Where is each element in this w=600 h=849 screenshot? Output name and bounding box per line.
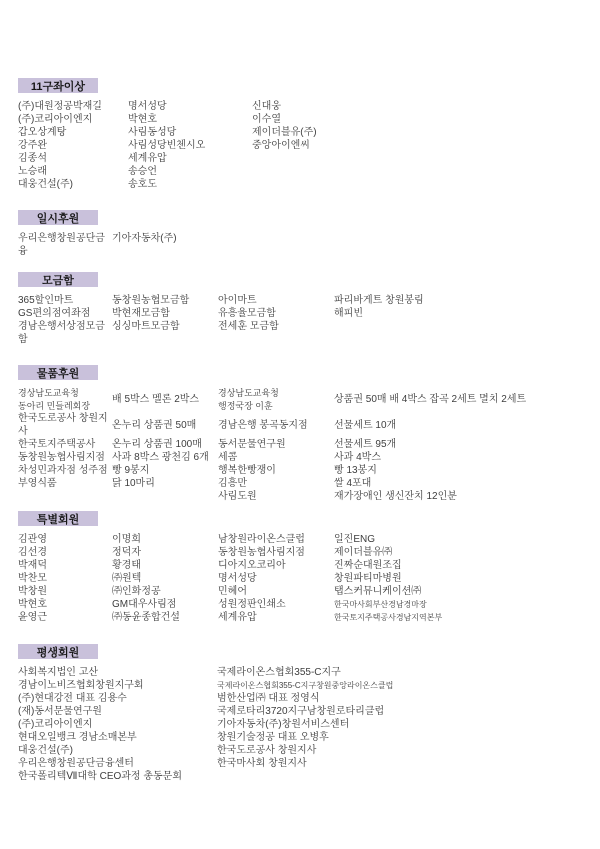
- donor-name: 사림동성당: [128, 126, 252, 139]
- donor-column: 365할인마트GS편의점여좌점경남은행서상점모금함: [18, 294, 112, 346]
- donor-name: 사림성당빈첸시오: [128, 139, 252, 152]
- donor-list-page: 11구좌이상 (주)대원정공박재길(주)코리아이엔지갑오상계탕강주완김종석노승래…: [0, 0, 600, 783]
- donor-name: 기아자동차(주)창원서비스센터: [217, 718, 393, 731]
- donor-name: (재)동서문물연구원: [18, 705, 217, 718]
- donor-column: 기아자동차(주): [112, 232, 177, 245]
- donor-name: 박창원: [18, 585, 112, 598]
- goods-cell: 한국토지주택공사: [18, 438, 112, 451]
- donor-name: 진짜순대원조집: [334, 559, 442, 572]
- section-title: 11구좌이상: [31, 78, 85, 94]
- section-lifetime-members: 평생회원 사회복지법인 고산경남이노비즈협회창원지구회(주)현대강전 대표 김용…: [18, 644, 590, 783]
- donor-name: 파리바게트 창원봉림: [334, 294, 424, 307]
- donor-name: 한국마사회 창원지사: [217, 757, 393, 770]
- donor-name: 경남이노비즈협회창원지구회: [18, 679, 217, 692]
- donor-name: 정덕자: [112, 546, 218, 559]
- section-title-bar: 모금함: [18, 272, 98, 287]
- donor-name: 우리은행창원공단금융센터: [18, 757, 217, 770]
- donor-name: (주)대원정공박재길: [18, 100, 128, 113]
- donor-name: 박현재모금함: [112, 307, 218, 320]
- donor-name: 현대오일뱅크 경남소매본부: [18, 731, 217, 744]
- donor-name: ㈜동윤종합건설: [112, 611, 218, 624]
- donor-name: 갑오상계탕: [18, 126, 128, 139]
- goods-cell: 배 5박스 멜론 2박스: [112, 393, 218, 406]
- donor-name: 김관영: [18, 533, 112, 546]
- donor-column: 우리은행창원공단금융: [18, 232, 112, 258]
- donor-name: ㈜원텍: [112, 572, 218, 585]
- goods-cell: 행복한빵쟁이: [218, 464, 334, 477]
- donor-name: 남창원라이온스클럽: [218, 533, 334, 546]
- donor-name: (주)코리아이엔지: [18, 718, 217, 731]
- goods-table: 경상남도교육청 동아리 민들레회장배 5박스 멜론 2박스경상남도교육청 행정국…: [18, 387, 590, 503]
- donor-name: (주)현대강전 대표 김용수: [18, 692, 217, 705]
- donor-column: 일진ENG제이더블유㈜진짜순대원조집창원파티마병원탭스커뮤니케이션㈜한국마사회부…: [334, 533, 442, 624]
- donor-name: 국제라이온스협회355-C지구: [217, 666, 393, 679]
- goods-cell: 선물세트 95개: [334, 438, 590, 451]
- donor-name: 대웅건설(주): [18, 178, 128, 191]
- section-donation-boxes: 모금함 365할인마트GS편의점여좌점경남은행서상점모금함동창원농협모금함박현재…: [18, 272, 590, 346]
- donor-name: 박재덕: [18, 559, 112, 572]
- donor-column: 이명희정덕자황경태㈜원텍㈜인화정공GM대우사림점㈜동윤종합건설: [112, 533, 218, 624]
- donor-name: 윤영근: [18, 611, 112, 624]
- donor-columns: 우리은행창원공단금융기아자동차(주): [18, 232, 590, 258]
- donor-name: 송승언: [128, 165, 252, 178]
- goods-cell: 온누리 상품권 50매: [112, 419, 218, 432]
- goods-cell: 차성민과자점 성주점: [18, 464, 112, 477]
- donor-columns: 김관영김선경박재덕박찬모박창원박현호윤영근이명희정덕자황경태㈜원텍㈜인화정공GM…: [18, 533, 590, 624]
- donor-name: 국제라이온스협회355-C지구창원중앙라이온스클럽: [217, 679, 393, 692]
- goods-cell: 경상남도교육청 동아리 민들레회장: [18, 387, 112, 412]
- donor-name: 제이더블유㈜: [334, 546, 442, 559]
- donor-name: 기아자동차(주): [112, 232, 177, 245]
- goods-cell: 김흥만: [218, 477, 334, 490]
- donor-name: 성원정판인쇄소: [218, 598, 334, 611]
- donor-name: 동창원농협모금함: [112, 294, 218, 307]
- donor-name: 노승래: [18, 165, 128, 178]
- goods-cell: 재가장애인 생신잔치 12인분: [334, 490, 590, 503]
- donor-column: 동창원농협모금함박현재모금함싱싱마트모금함: [112, 294, 218, 333]
- section-title-bar: 물품후원: [18, 365, 98, 380]
- donor-name: 이명희: [112, 533, 218, 546]
- donor-columns: 365할인마트GS편의점여좌점경남은행서상점모금함동창원농협모금함박현재모금함싱…: [18, 294, 590, 346]
- donor-name: 범한산업㈜ 대표 정영식: [217, 692, 393, 705]
- donor-name: 황경태: [112, 559, 218, 572]
- donor-name: 유흥율모금함: [218, 307, 334, 320]
- section-one-time-sponsors: 일시후원 우리은행창원공단금융기아자동차(주): [18, 210, 590, 258]
- donor-name: 한국폴리텍Ⅶ대학 CEO과정 총동문회: [18, 770, 217, 783]
- donor-name: 한국토지주택공사경남지역본부: [334, 611, 442, 624]
- donor-name: 박찬모: [18, 572, 112, 585]
- donor-name: 신대웅: [252, 100, 317, 113]
- donor-name: 한국도로공사 창원지사: [217, 744, 393, 757]
- goods-cell: 경남은행 봉곡동지점: [218, 419, 334, 432]
- donor-name: 김선경: [18, 546, 112, 559]
- donor-column: 파리바게트 창원봉림해피빈: [334, 294, 424, 320]
- goods-cell: 동서문물연구원: [218, 438, 334, 451]
- donor-name: 송호도: [128, 178, 252, 191]
- donor-name: 박현호: [128, 113, 252, 126]
- donor-name: 경남은행서상점모금함: [18, 320, 112, 346]
- donor-name: 동창원농협사림지점: [218, 546, 334, 559]
- donor-name: 세계유압: [218, 611, 334, 624]
- donor-name: 세계유압: [128, 152, 252, 165]
- section-title-bar: 일시후원: [18, 210, 98, 225]
- donor-name: 한국마사회부산경남경마장: [334, 598, 442, 611]
- donor-name: 대웅건설(주): [18, 744, 217, 757]
- donor-name: 탭스커뮤니케이션㈜: [334, 585, 442, 598]
- donor-column: 사회복지법인 고산경남이노비즈협회창원지구회(주)현대강전 대표 김용수(재)동…: [18, 666, 217, 783]
- donor-name: 아이마트: [218, 294, 334, 307]
- section-special-members: 특별회원 김관영김선경박재덕박찬모박창원박현호윤영근이명희정덕자황경태㈜원텍㈜인…: [18, 511, 590, 624]
- donor-name: 디아지오코리아: [218, 559, 334, 572]
- goods-cell: 사과 8박스 광천김 6개: [112, 451, 218, 464]
- donor-name: 민혜어: [218, 585, 334, 598]
- donor-name: GM대우사림점: [112, 598, 218, 611]
- goods-cell: 상품권 50매 배 4박스 잡곡 2세트 멸치 2세트: [334, 393, 590, 406]
- donor-name: 해피빈: [334, 307, 424, 320]
- donor-columns: 사회복지법인 고산경남이노비즈협회창원지구회(주)현대강전 대표 김용수(재)동…: [18, 666, 590, 783]
- donor-name: 국제로타리3720지구남창원로타리클럽: [217, 705, 393, 718]
- section-title: 평생회원: [37, 644, 80, 660]
- donor-name: 창원기술정공 대표 오병후: [217, 731, 393, 744]
- donor-name: 사회복지법인 고산: [18, 666, 217, 679]
- donor-column: (주)대원정공박재길(주)코리아이엔지갑오상계탕강주완김종석노승래대웅건설(주): [18, 100, 128, 191]
- donor-name: (주)코리아이엔지: [18, 113, 128, 126]
- goods-cell: 경상남도교육청 행정국장 이훈: [218, 387, 334, 412]
- goods-cell: 사림도원: [218, 490, 334, 503]
- goods-cell: 사과 4박스: [334, 451, 590, 464]
- donor-name: 이수열: [252, 113, 317, 126]
- donor-name: GS편의점여좌점: [18, 307, 112, 320]
- section-title: 물품후원: [37, 365, 80, 381]
- section-title-bar: 평생회원: [18, 644, 98, 659]
- goods-cell: 부영식품: [18, 477, 112, 490]
- section-title: 특별회원: [37, 511, 80, 527]
- donor-name: 365할인마트: [18, 294, 112, 307]
- section-title-bar: 특별회원: [18, 511, 98, 526]
- donor-name: 박현호: [18, 598, 112, 611]
- goods-cell: 한국도로공사 창원지사: [18, 412, 112, 438]
- goods-cell: 동창원농협사림지점: [18, 451, 112, 464]
- donor-column: 김관영김선경박재덕박찬모박창원박현호윤영근: [18, 533, 112, 624]
- donor-name: 제이더블유(주): [252, 126, 317, 139]
- goods-cell: [112, 490, 218, 503]
- donor-name: 창원파티마병원: [334, 572, 442, 585]
- section-title-bar: 11구좌이상: [18, 78, 98, 93]
- section-title: 일시후원: [37, 210, 80, 226]
- goods-cell: [18, 490, 112, 503]
- donor-name: 우리은행창원공단금융: [18, 232, 112, 258]
- donor-name: ㈜인화정공: [112, 585, 218, 598]
- section-goods-sponsors: 물품후원 경상남도교육청 동아리 민들레회장배 5박스 멜론 2박스경상남도교육…: [18, 365, 590, 503]
- goods-cell: 쌀 4포대: [334, 477, 590, 490]
- donor-name: 명서성당: [128, 100, 252, 113]
- donor-column: 신대웅이수열제이더블유(주)중앙아이엔씨: [252, 100, 317, 152]
- donor-columns: (주)대원정공박재길(주)코리아이엔지갑오상계탕강주완김종석노승래대웅건설(주)…: [18, 100, 590, 191]
- goods-cell: 세콤: [218, 451, 334, 464]
- donor-name: 명서성당: [218, 572, 334, 585]
- donor-column: 국제라이온스협회355-C지구국제라이온스협회355-C지구창원중앙라이온스클럽…: [217, 666, 393, 770]
- donor-name: 중앙아이엔씨: [252, 139, 317, 152]
- donor-name: 싱싱마트모금함: [112, 320, 218, 333]
- goods-cell: 온누리 상품권 100매: [112, 438, 218, 451]
- goods-cell: 선물세트 10개: [334, 419, 590, 432]
- donor-name: 일진ENG: [334, 533, 442, 546]
- goods-cell: 빵 13봉지: [334, 464, 590, 477]
- donor-column: 아이마트유흥율모금함전세훈 모금함: [218, 294, 334, 333]
- section-eleven-accounts-or-more: 11구좌이상 (주)대원정공박재길(주)코리아이엔지갑오상계탕강주완김종석노승래…: [18, 78, 590, 191]
- donor-column: 명서성당박현호사림동성당사림성당빈첸시오세계유압송승언송호도: [128, 100, 252, 191]
- donor-name: 김종석: [18, 152, 128, 165]
- section-title: 모금함: [42, 272, 74, 288]
- donor-name: 전세훈 모금함: [218, 320, 334, 333]
- donor-column: 남창원라이온스클럽동창원농협사림지점디아지오코리아명서성당민혜어성원정판인쇄소세…: [218, 533, 334, 624]
- goods-cell: 빵 9봉지: [112, 464, 218, 477]
- donor-name: 강주완: [18, 139, 128, 152]
- goods-cell: 닭 10마리: [112, 477, 218, 490]
